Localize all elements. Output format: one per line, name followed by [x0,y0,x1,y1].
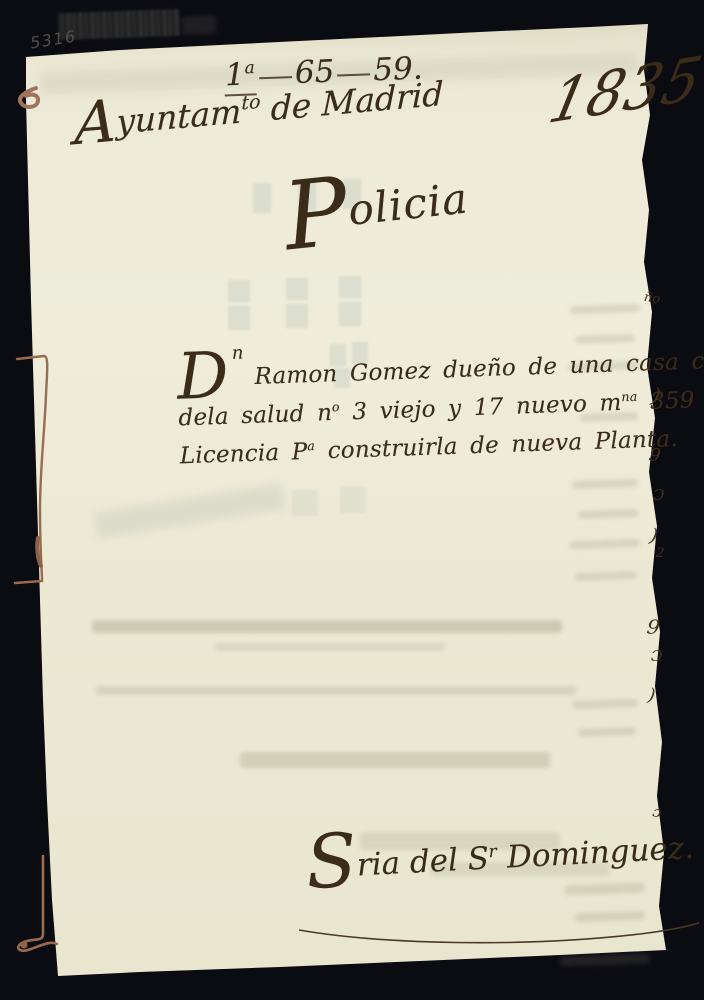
archival-scan: 5316 1a6559. 1835 Ayuntamto de Madrid Po… [0,0,704,1000]
thread-bottom-knot [21,942,28,949]
signature-initial: S [304,818,359,907]
edge-ink-mark: Ɔ [653,486,664,504]
title-initial: P [279,157,354,272]
office-initial: A [74,86,117,158]
edge-ink-mark: Ɔ [651,647,662,665]
ink-stamp-fragment [182,15,217,35]
body-line-2: dela salud no 3 viejo y 17 nuevo mna 359… [178,387,679,431]
docket-dash [337,73,370,76]
docket-dash [259,76,292,79]
edge-ink-mark: 2 [655,546,665,562]
petition-body: DnRamon Gomez dueño de una casa calle de… [176,327,680,469]
edge-ink-mark: ño [643,290,661,307]
